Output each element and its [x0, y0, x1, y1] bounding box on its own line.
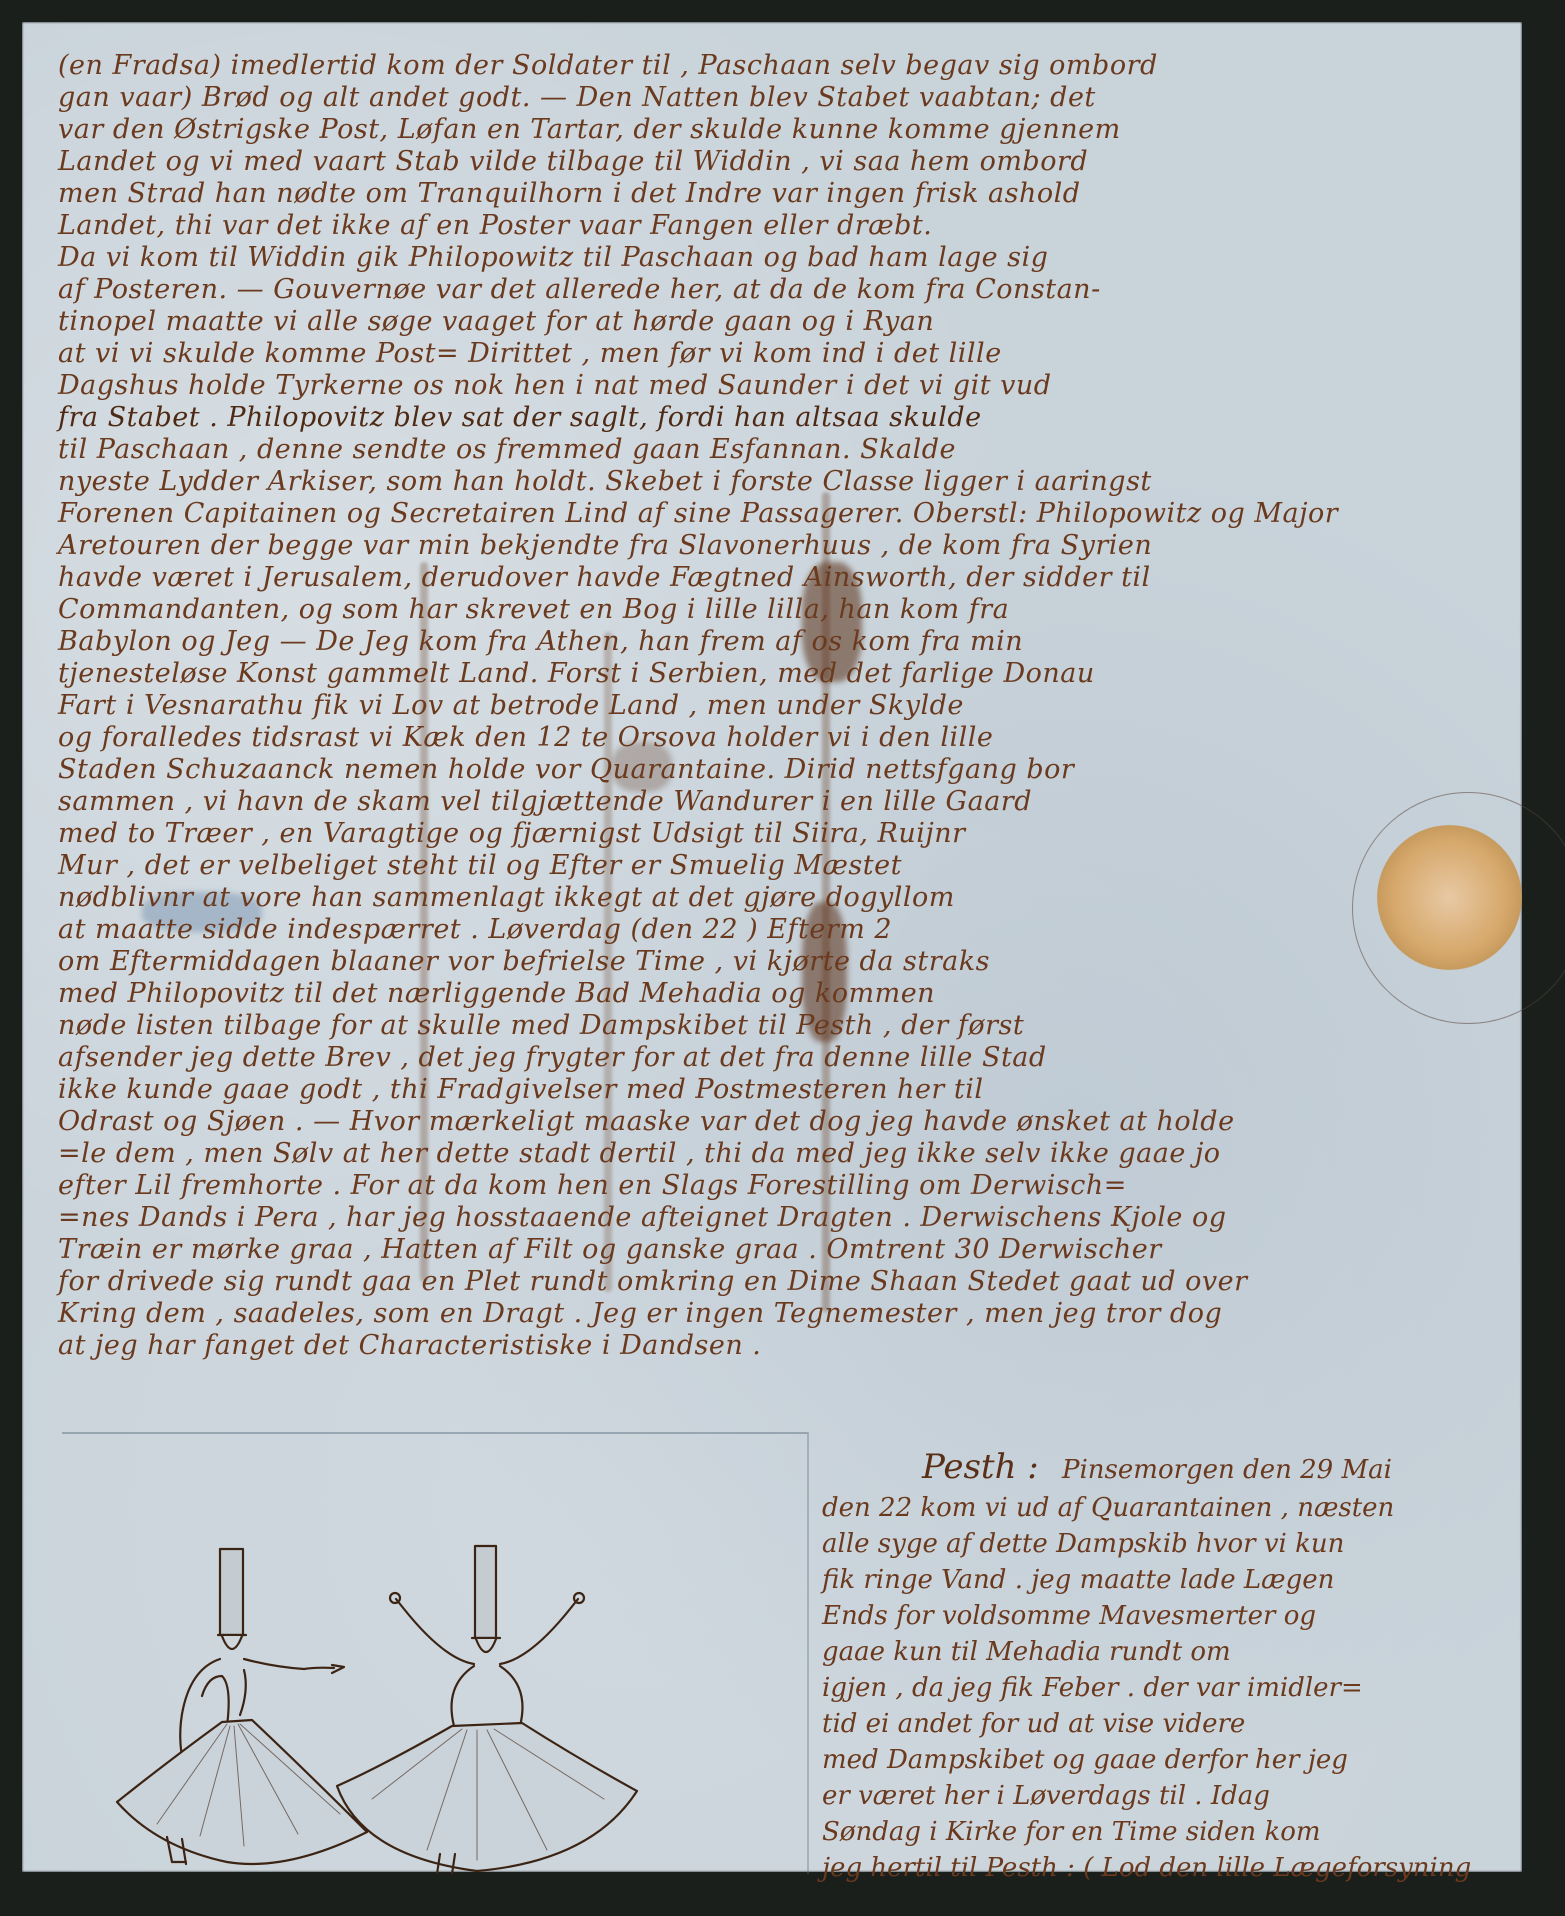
text-line: Aretouren der begge var min bekjendte fr… [58, 530, 1152, 561]
text-line: jeg hertil til Pesth : ( Lod den lille L… [822, 1853, 1471, 1883]
illustration-panel [62, 1432, 809, 1874]
text-line: efter Lil fremhorte . For at da kom hen … [58, 1170, 1127, 1201]
text-line: om Eftermiddagen blaaner vor befrielse T… [58, 946, 990, 977]
pesth-date-line: Pinsemorgen den 29 Mai [1062, 1455, 1392, 1485]
text-line: Mur , det er velbeliget steht til og Eft… [58, 850, 902, 881]
text-line: at jeg har fanget det Characteristiske i… [58, 1330, 761, 1361]
text-line: Ends for voldsomme Mavesmerter og [822, 1601, 1316, 1631]
text-line: Commandanten, og som har skrevet en Bog … [58, 594, 1009, 625]
text-line: =nes Dands i Pera , har jeg hosstaaende … [58, 1202, 1227, 1233]
manuscript-page: (en Fradsa) imedlertid kom der Soldater … [22, 22, 1522, 1872]
text-line: alle syge af dette Dampskib hvor vi kun [822, 1529, 1344, 1559]
text-line: Forenen Capitainen og Secretairen Lind a… [58, 498, 1338, 529]
wax-seal-stain [1377, 825, 1522, 970]
text-line: Fart i Vesnarathu fik vi Lov at betrode … [58, 690, 964, 721]
text-line: Staden Schuzaanck nemen holde vor Quaran… [58, 754, 1074, 785]
text-line: fik ringe Vand . jeg maatte lade Lægen [822, 1565, 1334, 1595]
text-line: af Posteren. — Gouvernøe var det allered… [58, 274, 1101, 305]
text-line: Landet, thi var det ikke af en Poster va… [58, 210, 932, 241]
text-line: nødblivnr at vore han sammenlagt ikkegt … [58, 882, 955, 913]
text-line: sammen , vi havn de skam vel tilgjættend… [58, 786, 1032, 817]
text-line: nøde listen tilbage for at skulle med Da… [58, 1010, 1024, 1041]
dervish-left-figure [117, 1549, 367, 1864]
text-line: men Strad han nødte om Tranquilhorn i de… [58, 178, 1081, 209]
text-line: var den Østrigske Post, Løfan en Tartar,… [58, 114, 1121, 145]
text-line: Da vi kom til Widdin gik Philopowitz til… [58, 242, 1048, 273]
text-line: (en Fradsa) imedlertid kom der Soldater … [58, 50, 1158, 81]
text-line: Odrast og Sjøen . — Hvor mærkeligt maask… [58, 1106, 1235, 1137]
text-line: =le dem , men Sølv at her dette stadt de… [58, 1138, 1221, 1169]
text-line: og foralledes tidsrast vi Kæk den 12 te … [58, 722, 993, 753]
text-line: for drivede sig rundt gaa en Plet rundt … [58, 1266, 1248, 1297]
text-line: Søndag i Kirke for en Time siden kom [822, 1817, 1321, 1847]
text-line: Babylon og Jeg — De Jeg kom fra Athen, h… [58, 626, 1023, 657]
dervish-sketches [62, 1434, 807, 1874]
text-line: at maatte sidde indespærret . Løverdag (… [58, 914, 892, 945]
text-line: at vi vi skulde komme Post= Dirittet , m… [58, 338, 1002, 369]
text-line: Træin er mørke graa , Hatten af Filt og … [58, 1234, 1162, 1265]
text-line: tid ei andet for ud at vise videre [822, 1709, 1245, 1739]
text-line: med to Træer , en Varagtige og fjærnigst… [58, 818, 966, 849]
text-line: Dagshus holde Tyrkerne os nok hen i nat … [58, 370, 1052, 401]
dervish-right-figure [337, 1546, 637, 1874]
text-line: Kring dem , saadeles, som en Dragt . Jeg… [58, 1298, 1222, 1329]
text-line: ikke kunde gaae godt , thi Fradgivelser … [58, 1074, 984, 1105]
text-line: fra Stabet . Philopovitz blev sat der sa… [58, 402, 982, 433]
text-line: havde været i Jerusalem, derudover havde… [58, 562, 1151, 593]
text-line: er været her i Løverdags til . Idag [822, 1781, 1270, 1811]
pesth-heading: Pesth : [922, 1447, 1039, 1487]
text-line: gaae kun til Mehadia rundt om [822, 1637, 1231, 1667]
text-line: igjen , da jeg fik Feber . der var imidl… [822, 1673, 1363, 1703]
text-line: gan vaar) Brød og alt andet godt. — Den … [58, 82, 1096, 113]
text-line: til Paschaan , denne sendte os fremmed g… [58, 434, 956, 465]
text-line: tinopel maatte vi alle søge vaaget for a… [58, 306, 934, 337]
text-line: med Dampskibet og gaae derfor her jeg [822, 1745, 1348, 1775]
text-line: afsender jeg dette Brev , det jeg frygte… [58, 1042, 1047, 1073]
text-line: tjenesteløse Konst gammelt Land. Forst i… [58, 658, 1095, 689]
text-line: den 22 kom vi ud af Quarantainen , næste… [822, 1493, 1394, 1523]
text-line: med Philopovitz til det nærliggende Bad … [58, 978, 935, 1009]
text-line: Landet og vi med vaart Stab vilde tilbag… [58, 146, 1088, 177]
text-line: nyeste Lydder Arkiser, som han holdt. Sk… [58, 466, 1152, 497]
